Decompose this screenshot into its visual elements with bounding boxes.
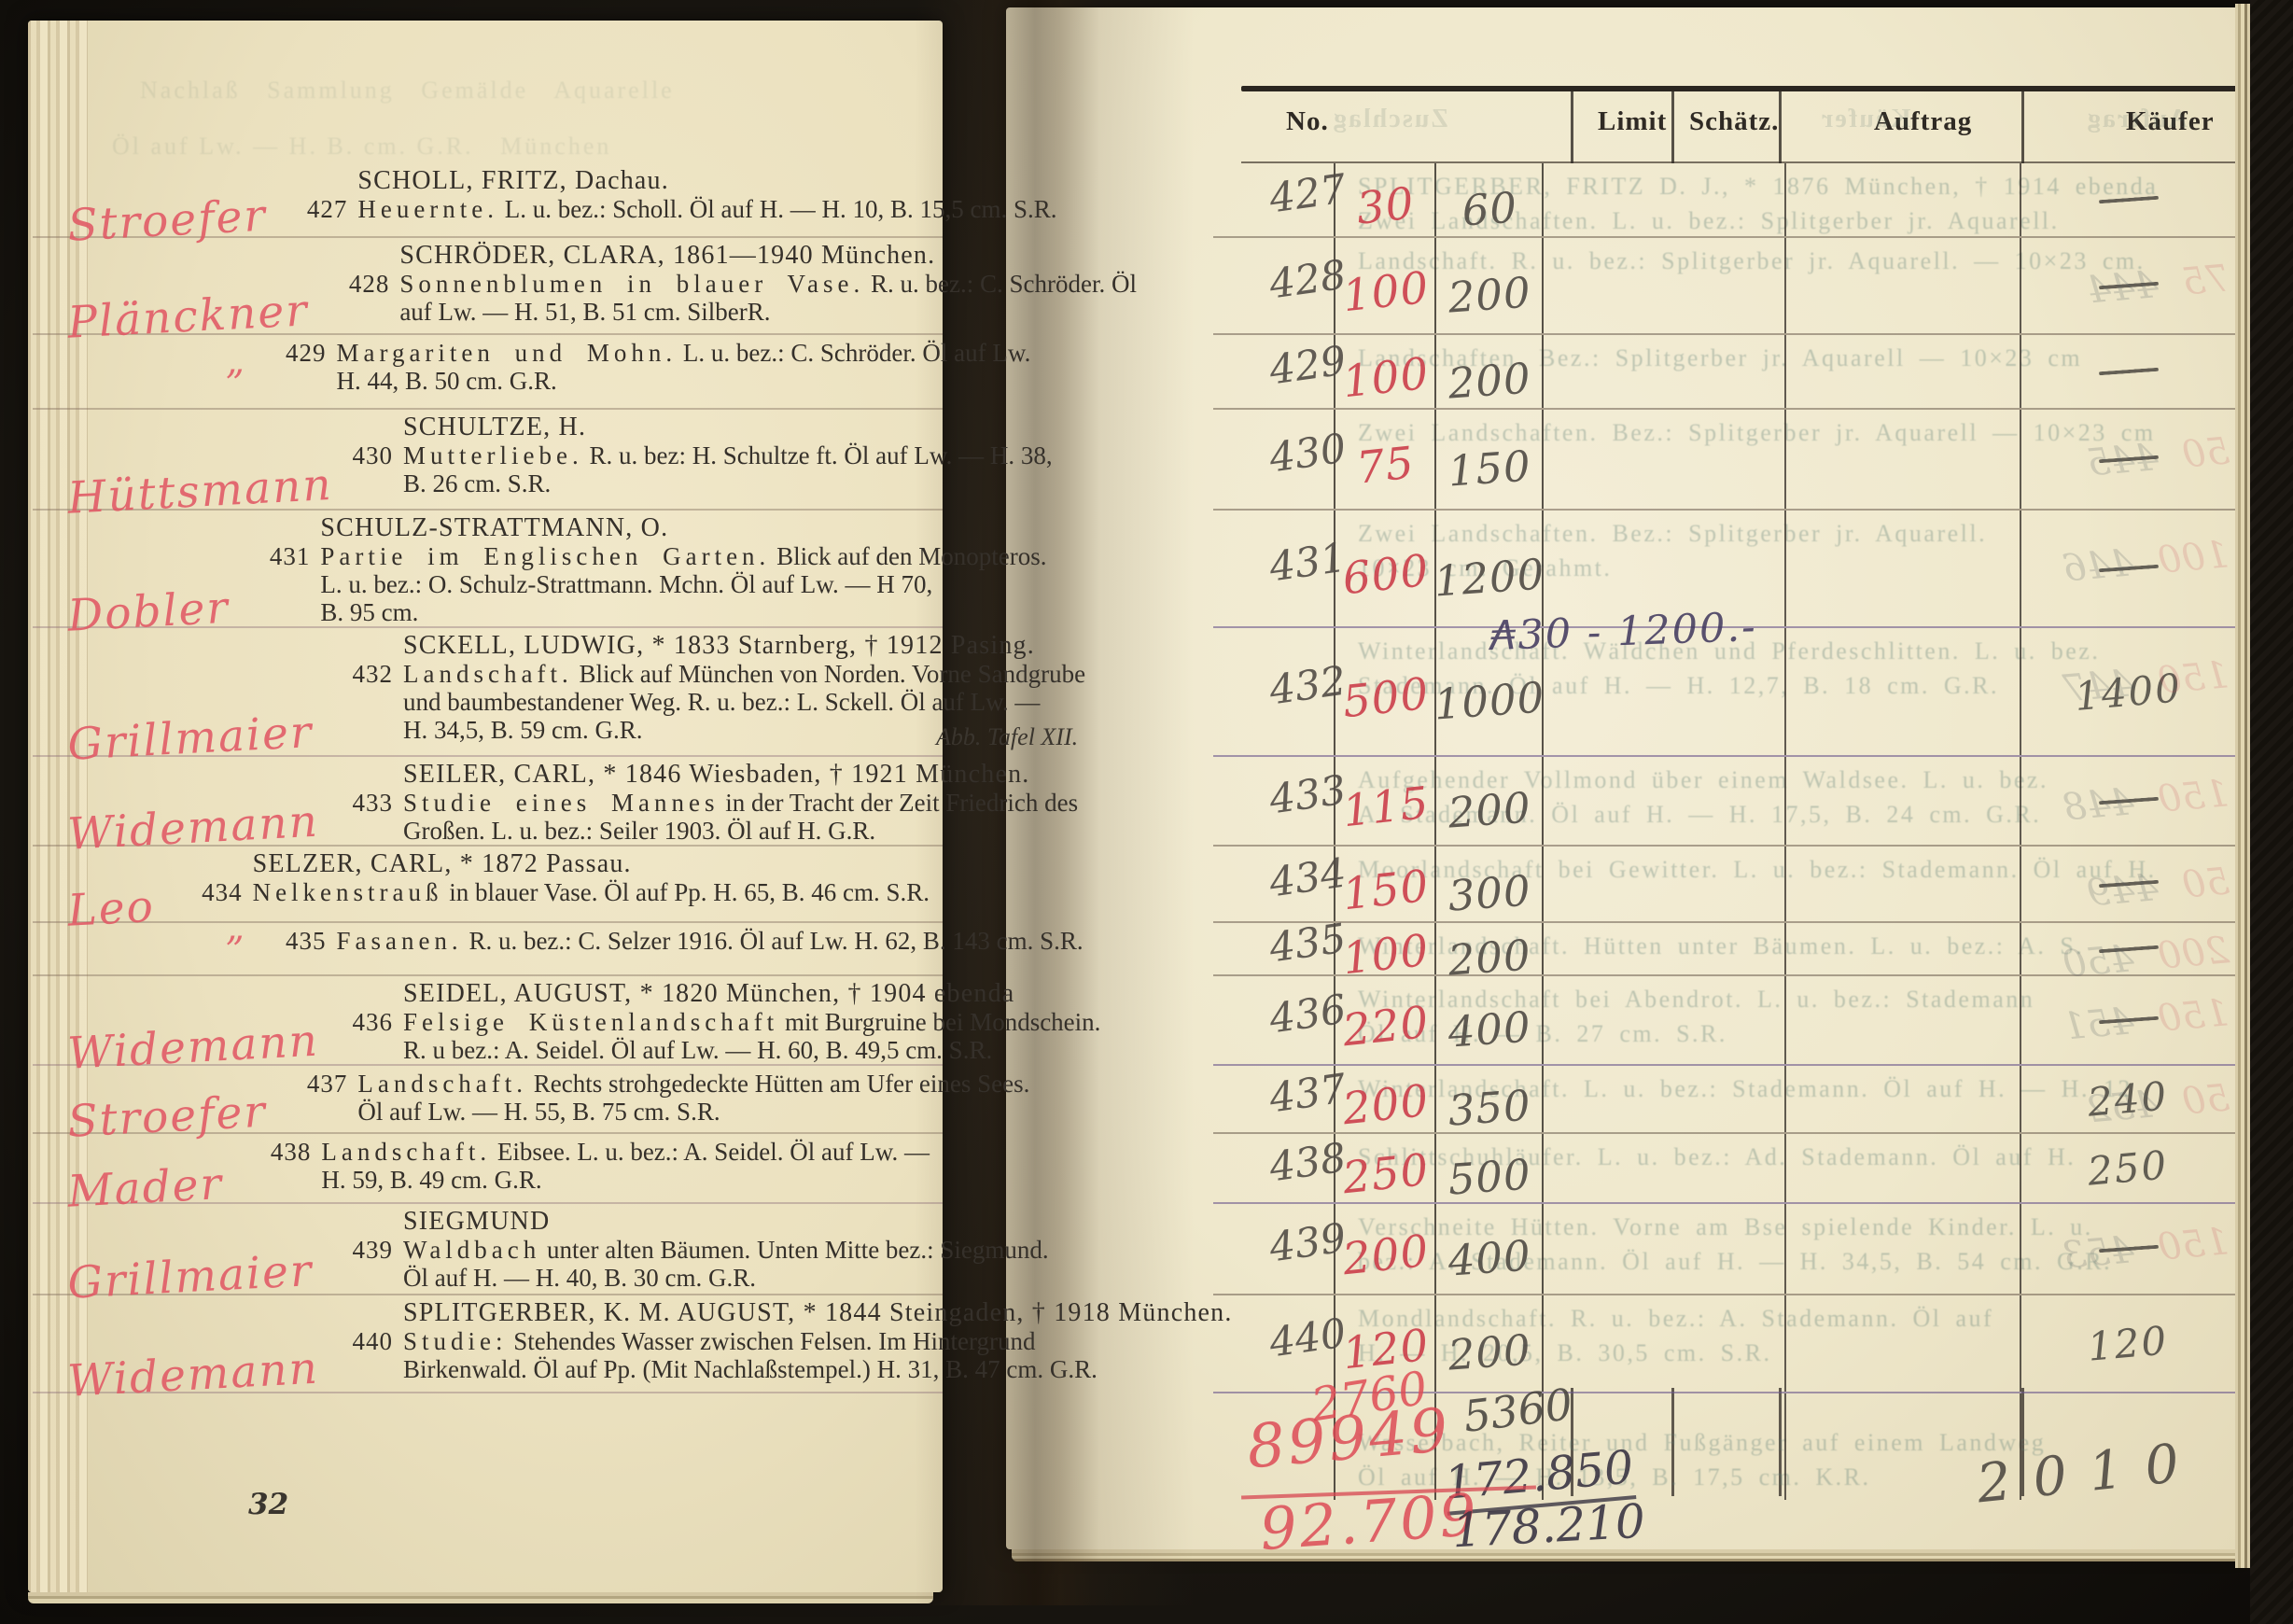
catalog-entry: WidemannSEILER, CARL, * 1846 Wiesbaden, … <box>33 757 943 847</box>
entry-first-line-rest: in der Tracht der Zeit Friedrich des <box>725 789 1078 817</box>
ledger-estimate-value: 200 <box>1436 1295 1544 1392</box>
catalog-ledger-row: GrillmaierSCKELL, LUDWIG, * 1833 Starnbe… <box>33 628 2235 757</box>
ledger-estimate-value-text: 400 <box>1447 1230 1532 1285</box>
catalog-entry: HüttsmannSCHULTZE, H.430Mutterliebe. R. … <box>33 410 943 511</box>
ledger-auftrag-cell <box>1544 1295 1786 1392</box>
ledger-limit-value-text: 500 <box>1340 667 1432 727</box>
ledger-zuschlag-cell: 250 <box>2021 1134 2235 1202</box>
artist-name-line: SEIDEL, AUGUST, * 1820 München, † 1904 e… <box>403 980 1100 1008</box>
entry-title: Fasanen. <box>336 927 462 955</box>
buyer-margin-name: Stroefer <box>66 190 268 252</box>
ledger-estimate-value-text: 200 <box>1447 353 1532 408</box>
ledger-auftrag-cell <box>1544 238 1786 333</box>
artist-name-line: SEILER, CARL, * 1846 Wiesbaden, † 1921 M… <box>403 761 1078 789</box>
ledger-kaufer-cell <box>1786 923 2021 974</box>
catalog-entry: Stroefer437Landschaft. Rechts strohgedec… <box>33 1066 943 1134</box>
zuschlag-dash-mark <box>2098 945 2158 952</box>
ledger-limit-value: 500 <box>1335 628 1436 755</box>
zuschlag-value: 250 <box>2086 1141 2170 1194</box>
zuschlag-dash-mark <box>2098 1016 2158 1024</box>
ledger-limit-value-text: 150 <box>1340 860 1432 919</box>
catalog-entry: WidemannSEIDEL, AUGUST, * 1820 München, … <box>33 976 943 1066</box>
buyer-margin-name: ” <box>68 930 245 973</box>
ghost-header-word: Zuschlag <box>1332 105 1448 134</box>
entry-title: Margariten und Mohn. <box>336 339 677 367</box>
lot-number: 432 <box>313 660 393 688</box>
entry-text-cell: SCKELL, LUDWIG, * 1833 Starnberg, † 1912… <box>313 628 1098 755</box>
ledger-zuschlag-cell <box>2021 163 2235 236</box>
bleed-through-smudge: Öl auf Lw. — H. B. cm. G.R. München <box>112 133 611 161</box>
ledger-auftrag-cell <box>1544 847 1786 921</box>
entry-first-line: 430Mutterliebe. R. u. bez: H. Schultze f… <box>403 441 1053 469</box>
entry-continuation-line: und baumbestandener Weg. R. u. bez.: L. … <box>403 688 1085 716</box>
entry-continuation-line: Großen. L. u. bez.: Seiler 1903. Öl auf … <box>403 817 1078 845</box>
ledger-auftrag-cell <box>1544 335 1786 408</box>
entry-first-line-rest: unter alten Bäumen. Unten Mitte bez.: Si… <box>547 1236 1049 1264</box>
ledger-limit-value: 120 <box>1335 1295 1436 1392</box>
ledger-limit-value-text: 220 <box>1340 996 1432 1056</box>
entry-text-cell: SCHRÖDER, CLARA, 1861—1940 München.428So… <box>309 238 1150 333</box>
totals-cell <box>1786 1393 2021 1500</box>
column-header-limit: Limit <box>1598 106 1667 137</box>
ghost-header-word: Käufer <box>1820 105 1911 134</box>
catalog-ledger-row: ”435Fasanen. R. u. bez.: C. Selzer 1916.… <box>33 923 2235 976</box>
ledger-row-cells: Schlittschuhläufer. L. u. bez.: Ad. Stad… <box>1213 1134 2235 1204</box>
ledger-estimate-value: 200 <box>1436 335 1544 408</box>
ledger-estimate-value: 200 <box>1436 923 1544 974</box>
gutter-gap <box>943 1134 1213 1204</box>
ledger-kaufer-cell <box>1786 238 2021 333</box>
zuschlag-dash-mark <box>2098 282 2158 289</box>
ledger-estimate-value: 200 <box>1436 238 1544 333</box>
ledger-row-cells: Moorlandschaft bei Gewitter. L. u. bez.:… <box>1213 847 2235 923</box>
ledger-estimate-value-text: 200 <box>1447 267 1532 322</box>
ledger-row-cells: Zwei Landschaften. Bez.: Splitgerber jr.… <box>1213 410 2235 511</box>
ledger-limit-value: 150 <box>1335 847 1436 921</box>
lot-number: 427 <box>267 195 347 223</box>
ledger-limit-value: 75 <box>1335 410 1436 509</box>
ledger-zuschlag-cell <box>2021 847 2235 921</box>
entry-first-line-rest: Blick auf den Monopteros. <box>776 542 1046 570</box>
zuschlag-dash-mark <box>2098 565 2158 572</box>
ledger-kaufer-cell <box>1786 628 2021 755</box>
ghost-header-word: Auftrag <box>2086 105 2188 134</box>
column-header-schatz: Schätz. <box>1689 106 1779 137</box>
gutter-gap <box>943 1393 1213 1500</box>
ledger-kaufer-cell <box>1786 757 2021 845</box>
totals-cell <box>1436 1393 1544 1500</box>
catalog-entry: ”429Margariten und Mohn. L. u. bez.: C. … <box>33 335 943 410</box>
margin-cell: Stroefer <box>33 163 267 236</box>
lot-number: 430 <box>313 441 393 469</box>
ledger-estimate-value: 400 <box>1436 976 1544 1064</box>
artist-name-line: SELZER, CARL, * 1872 Passau. <box>253 850 930 878</box>
ledger-lot-no: 438 <box>1213 1134 1335 1202</box>
lot-number: 437 <box>267 1070 347 1098</box>
ledger-lot-no: 435 <box>1213 923 1335 974</box>
ledger-lot-no: 430 <box>1213 410 1335 509</box>
ledger-kaufer-cell <box>1786 1134 2021 1202</box>
lot-number: 438 <box>231 1138 311 1166</box>
ledger-kaufer-cell <box>1786 1295 2021 1392</box>
ledger-lot-no: 436 <box>1213 976 1335 1064</box>
zuschlag-dash-mark <box>2098 368 2158 375</box>
entry-first-line-rest: mit Burgruine bei Mondschein. <box>785 1008 1100 1036</box>
ledger-kaufer-cell <box>1786 976 2021 1064</box>
entry-title: Studie: <box>403 1327 508 1355</box>
auction-ledger-photo: Nachlaß Sammlung Gemälde Aquarelle Öl au… <box>0 0 2293 1624</box>
entry-first-line-rest: Rechts strohgedeckte Hütten am Ufer eine… <box>534 1070 1030 1098</box>
plate-reference-note: Abb. Tafel XII. <box>936 723 1078 751</box>
catalog-entry: Mader438Landschaft. Eibsee. L. u. bez.: … <box>33 1134 943 1204</box>
gutter-gap <box>943 847 1213 923</box>
catalog-ledger-row: DoblerSCHULZ-STRATTMANN, O.431Partie im … <box>33 511 2235 628</box>
entry-continuation-line: R. u bez.: A. Seidel. Öl auf Lw. — H. 60… <box>403 1036 1100 1064</box>
ledger-estimate-value-text: 1200 <box>1433 549 1546 606</box>
ledger-lot-no: 431 <box>1213 511 1335 626</box>
ledger-kaufer-cell <box>1786 511 2021 626</box>
ledger-estimate-value-text: 1000 <box>1433 672 1546 729</box>
totals-cell <box>1335 1393 1436 1500</box>
ledger-estimate-value-text: 200 <box>1447 1324 1532 1379</box>
ledger-row-cells: Aufgehender Vollmond über einem Waldsee.… <box>1213 757 2235 847</box>
entry-title: Landschaft. <box>403 660 573 688</box>
ledger-row-cells: Mondlandschaft. R. u. bez.: A. Stademann… <box>1213 1295 2235 1393</box>
entry-continuation-line: auf Lw. — H. 51, B. 51 cm. SilberR. <box>399 298 1137 326</box>
entry-title: Partie im Englischen Garten. <box>320 542 770 570</box>
ledger-auftrag-cell <box>1544 923 1786 974</box>
entry-first-line-rest: L. u. bez.: C. Schröder. Öl auf Lw. <box>683 339 1030 367</box>
catalog-ledger-row: PläncknerSCHRÖDER, CLARA, 1861—1940 Münc… <box>33 238 2235 335</box>
zuschlag-value: 240 <box>2086 1072 2170 1125</box>
entry-text-cell: SEILER, CARL, * 1846 Wiesbaden, † 1921 M… <box>313 757 1091 845</box>
margin-cell: Plänckner <box>33 238 309 333</box>
ledger-limit-value: 600 <box>1335 511 1436 626</box>
catalog-entry: WidemannSPLITGERBER, K. M. AUGUST, * 184… <box>33 1295 943 1393</box>
ledger-row-cells: Verschneite Hütten. Vorne am Bse spielen… <box>1213 1204 2235 1295</box>
lot-number: 440 <box>313 1327 393 1355</box>
zuschlag-dash-mark <box>2098 196 2158 203</box>
ledger-zuschlag-cell: 1400 <box>2021 628 2235 755</box>
entry-title: Nelkenstrauß <box>253 878 443 906</box>
bleed-through-smudge: Nachlaß Sammlung Gemälde Aquarelle <box>140 77 675 105</box>
ledger-row-cells: SPLITGERBER, FRITZ D. J., * 1876 München… <box>1213 163 2235 238</box>
entry-first-line-rest: R. u. bez.: C. Selzer 1916. Öl auf Lw. H… <box>468 927 1083 955</box>
ledger-auftrag-cell <box>1544 1204 1786 1294</box>
ledger-limit-value: 250 <box>1335 1134 1436 1202</box>
ledger-estimate-value: 300 <box>1436 847 1544 921</box>
entry-title: Studie eines Mannes <box>403 789 719 817</box>
ledger-lot-no: 440 <box>1213 1295 1335 1392</box>
ledger-limit-value-text: 200 <box>1340 1225 1432 1284</box>
ledger-lot-no: 428 <box>1213 238 1335 333</box>
artist-name-line: SCHULTZE, H. <box>403 413 1053 441</box>
ledger-estimate-value: 200 <box>1436 757 1544 845</box>
ledger-limit-value-text: 100 <box>1340 347 1432 407</box>
artist-name-line: SIEGMUND <box>403 1208 1049 1236</box>
margin-cell: Grillmaier <box>33 1204 313 1294</box>
ledger-lot-no: 429 <box>1213 335 1335 408</box>
lot-number: 429 <box>245 339 326 367</box>
entry-continuation-line: L. u. bez.: O. Schulz-Strattmann. Mchn. … <box>320 570 1046 598</box>
totals-cell <box>1213 1393 1335 1500</box>
column-divider <box>1571 91 1573 163</box>
entry-title: Waldbach <box>403 1236 540 1264</box>
ledger-auftrag-cell <box>1544 410 1786 509</box>
entry-first-line: 438Landschaft. Eibsee. L. u. bez.: A. Se… <box>321 1138 930 1166</box>
ledger-limit-value-text: 115 <box>1340 777 1432 836</box>
entry-first-line-rest: in blauer Vase. Öl auf Pp. H. 65, B. 46 … <box>449 878 930 906</box>
entry-first-line: 439Waldbach unter alten Bäumen. Unten Mi… <box>403 1236 1049 1264</box>
lot-number: 435 <box>245 927 326 955</box>
ledger-estimate-value: 500 <box>1436 1134 1544 1202</box>
artist-name-line: SCKELL, LUDWIG, * 1833 Starnberg, † 1912… <box>403 632 1085 660</box>
ledger-limit-value-text: 200 <box>1340 1075 1432 1135</box>
entry-first-line: 431Partie im Englischen Garten. Blick au… <box>320 542 1046 570</box>
ledger-estimate-value: 150 <box>1436 410 1544 509</box>
entry-first-line-rest: R. u. bez: H. Schultze ft. Öl auf Lw. — … <box>589 441 1052 469</box>
margin-cell: ” <box>33 335 245 408</box>
ledger-limit-value-text: 600 <box>1340 544 1432 604</box>
lot-number: 433 <box>313 789 393 817</box>
ledger-limit-value-text: 30 <box>1354 177 1417 234</box>
entry-text-cell: SPLITGERBER, K. M. AUGUST, * 1844 Steing… <box>313 1295 1246 1392</box>
entry-first-line: 428Sonnenblumen in blauer Vase. R. u. be… <box>399 270 1137 298</box>
ledger-estimate-value: 1000 <box>1436 628 1544 755</box>
ledger-estimate-value-text: 150 <box>1447 441 1532 496</box>
entry-continuation-line: Birkenwald. Öl auf Pp. (Mit Nachlaßstemp… <box>403 1355 1233 1383</box>
ledger-estimate-value: 400 <box>1436 1204 1544 1294</box>
ledger-auftrag-cell <box>1544 757 1786 845</box>
ledger-estimate-value: 350 <box>1436 1066 1544 1132</box>
catalog-entry: GrillmaierSCKELL, LUDWIG, * 1833 Starnbe… <box>33 628 943 757</box>
ledger-limit-value: 100 <box>1335 238 1436 333</box>
ledger-auftrag-cell <box>1544 628 1786 755</box>
ledger-row-cells: Landschaften. Bez.: Splitgerber jr. Aqua… <box>1213 335 2235 410</box>
ledger-kaufer-cell <box>1786 1204 2021 1294</box>
ledger-auftrag-cell <box>1544 976 1786 1064</box>
catalog-ledger-row: WidemannSEIDEL, AUGUST, * 1820 München, … <box>33 976 2235 1066</box>
ledger-estimate-value-text: 300 <box>1447 865 1532 920</box>
ledger-row-cells: Winterlandschaft. L. u. bez.: Stademann.… <box>1213 1066 2235 1134</box>
catalog-entry: LeoSELZER, CARL, * 1872 Passau.434Nelken… <box>33 847 943 923</box>
entry-text-cell: SELZER, CARL, * 1872 Passau.434Nelkenstr… <box>162 847 943 921</box>
ledger-limit-value: 200 <box>1335 1204 1436 1294</box>
ledger-zuschlag-cell <box>2021 1204 2235 1294</box>
ledger-kaufer-cell <box>1786 847 2021 921</box>
ledger-limit-value-text: 75 <box>1354 437 1417 494</box>
ledger-limit-value-text: 100 <box>1340 261 1432 321</box>
entry-text-cell: SCHOLL, FRITZ, Dachau.427Heuernte. L. u.… <box>267 163 1070 236</box>
entry-title: Sonnenblumen in blauer Vase. <box>399 270 864 298</box>
ledger-row-cells: Winterlandschaft. Wäldchen und Pferdesch… <box>1213 628 2235 757</box>
catalog-ledger-row: WidemannSEILER, CARL, * 1846 Wiesbaden, … <box>33 757 2235 847</box>
lot-number: 434 <box>162 878 243 906</box>
ledger-lot-no: 437 <box>1213 1066 1335 1132</box>
ledger-limit-value: 100 <box>1335 923 1436 974</box>
totals-ledger-cells: Wasserbach, Reiter und Fußgänger auf ein… <box>1213 1393 2235 1500</box>
entry-text-cell: 437Landschaft. Rechts strohgedeckte Hütt… <box>267 1066 1042 1132</box>
entry-text-cell: SEIDEL, AUGUST, * 1820 München, † 1904 e… <box>313 976 1113 1064</box>
ledger-estimate-value-text: 350 <box>1447 1080 1532 1135</box>
ledger-limit-value: 200 <box>1335 1066 1436 1132</box>
zuschlag-dash-mark <box>2098 1245 2158 1253</box>
entry-first-line: 434Nelkenstrauß in blauer Vase. Öl auf P… <box>253 878 930 906</box>
ledger-zuschlag-cell: 240 <box>2021 1066 2235 1132</box>
entry-first-line: 435Fasanen. R. u. bez.: C. Selzer 1916. … <box>336 927 1083 955</box>
ledger-lot-no: 433 <box>1213 757 1335 845</box>
ledger-row-cells: Winterlandschaft. Hütten unter Bäumen. L… <box>1213 923 2235 976</box>
ledger-estimate-value-text: 200 <box>1447 782 1532 837</box>
ledger-zuschlag-cell <box>2021 923 2235 974</box>
catalog-entry: GrillmaierSIEGMUND439Waldbach unter alte… <box>33 1204 943 1295</box>
ledger-kaufer-cell <box>1786 1066 2021 1132</box>
catalog-ledger-row: WidemannSPLITGERBER, K. M. AUGUST, * 184… <box>33 1295 2235 1393</box>
entry-first-line-rest: Eibsee. L. u. bez.: A. Seidel. Öl auf Lw… <box>497 1138 930 1166</box>
artist-name-line: SCHRÖDER, CLARA, 1861—1940 München. <box>399 242 1137 270</box>
entry-first-line-rest: R. u. bez.: C. Schröder. Öl <box>871 270 1137 298</box>
zuschlag-dash-mark <box>2098 880 2158 888</box>
ledger-lot-no: 434 <box>1213 847 1335 921</box>
catalog-entry: PläncknerSCHRÖDER, CLARA, 1861—1940 Münc… <box>33 238 943 335</box>
lot-number: 436 <box>313 1008 393 1036</box>
totals-left-blank <box>33 1393 943 1500</box>
catalog-entry: ”435Fasanen. R. u. bez.: C. Selzer 1916.… <box>33 923 943 976</box>
entry-text-cell: SIEGMUND439Waldbach unter alten Bäumen. … <box>313 1204 1062 1294</box>
ledger-zuschlag-cell <box>2021 335 2235 408</box>
entry-first-line: 432Landschaft. Blick auf München von Nor… <box>403 660 1085 688</box>
margin-cell: Dobler <box>33 511 230 626</box>
ledger-zuschlag-cell <box>2021 757 2235 845</box>
artist-name-line: SCHULZ-STRATTMANN, O. <box>320 514 1046 542</box>
zuschlag-dash-mark <box>2098 455 2158 463</box>
lot-number: 428 <box>309 270 389 298</box>
margin-cell: Widemann <box>33 976 313 1064</box>
zuschlag-value: 120 <box>2086 1317 2170 1369</box>
artist-name-line: SPLITGERBER, K. M. AUGUST, * 1844 Steing… <box>403 1299 1233 1327</box>
ledger-rows: StroeferSCHOLL, FRITZ, Dachau.427Heuernt… <box>33 163 2235 1500</box>
column-divider <box>1671 91 1674 163</box>
ledger-kaufer-cell <box>1786 410 2021 509</box>
ledger-zuschlag-cell <box>2021 511 2235 626</box>
entry-text-cell: 438Landschaft. Eibsee. L. u. bez.: A. Se… <box>231 1134 943 1202</box>
entry-first-line-rest: Stehendes Wasser zwischen Felsen. Im Hin… <box>513 1327 1035 1355</box>
lot-number: 439 <box>313 1236 393 1264</box>
zuschlag-dash-mark <box>2098 797 2158 805</box>
buyer-margin-name: Leo <box>66 881 156 937</box>
catalog-entry: DoblerSCHULZ-STRATTMANN, O.431Partie im … <box>33 511 943 628</box>
entry-title: Landschaft. <box>357 1070 527 1098</box>
entry-first-line: 429Margariten und Mohn. L. u. bez.: C. S… <box>336 339 1030 367</box>
ledger-limit-value-text: 250 <box>1340 1144 1432 1204</box>
catalog-ledger-row: Mader438Landschaft. Eibsee. L. u. bez.: … <box>33 1134 2235 1204</box>
catalog-ledger-row: StroeferSCHOLL, FRITZ, Dachau.427Heuernt… <box>33 163 2235 238</box>
ledger-auftrag-cell <box>1544 163 1786 236</box>
ledger-auftrag-cell <box>1544 1066 1786 1132</box>
ledger-zuschlag-cell <box>2021 976 2235 1064</box>
margin-cell: Widemann <box>33 1295 313 1392</box>
catalog-ledger-row: Stroefer437Landschaft. Rechts strohgedec… <box>33 1066 2235 1134</box>
table-top-rule <box>1241 86 2268 91</box>
totals-row: Wasserbach, Reiter und Fußgänger auf ein… <box>33 1393 2235 1500</box>
ledger-limit-value: 115 <box>1335 757 1436 845</box>
entry-continuation-line: B. 26 cm. S.R. <box>403 469 1053 497</box>
lot-number: 431 <box>230 542 310 570</box>
entry-title: Landschaft. <box>321 1138 491 1166</box>
buyer-margin-name: Dobler <box>66 582 231 642</box>
entry-continuation-line: B. 95 cm. <box>320 598 1046 626</box>
entry-text-cell: SCHULZ-STRATTMANN, O.431Partie im Englis… <box>230 511 1059 626</box>
entry-continuation-line: H. 59, B. 49 cm. G.R. <box>321 1166 930 1194</box>
ledger-row-cells: Winterlandschaft bei Abendrot. L. u. bez… <box>1213 976 2235 1066</box>
totals-cell <box>2021 1393 2235 1500</box>
ledger-auftrag-cell <box>1544 511 1786 626</box>
ledger-row-cells: Landschaft. R. u. bez.: Splitgerber jr. … <box>1213 238 2235 335</box>
book-cover-edge <box>2250 0 2293 1624</box>
ledger-estimate-value-text: 500 <box>1447 1149 1532 1204</box>
ledger-estimate-value: 60 <box>1436 163 1544 236</box>
entry-text-cell: 429Margariten und Mohn. L. u. bez.: C. S… <box>245 335 1043 408</box>
entry-title: Felsige Küstenlandschaft <box>403 1008 778 1036</box>
entry-continuation-line: Öl auf H. — H. 40, B. 30 cm. G.R. <box>403 1264 1049 1292</box>
entry-continuation-line: Öl auf Lw. — H. 55, B. 75 cm. S.R. <box>357 1098 1029 1126</box>
catalog-entry: StroeferSCHOLL, FRITZ, Dachau.427Heuernt… <box>33 163 943 238</box>
catalog-ledger-row: LeoSELZER, CARL, * 1872 Passau.434Nelken… <box>33 847 2235 923</box>
entry-first-line: 433Studie eines Mannes in der Tracht der… <box>403 789 1078 817</box>
entry-first-line-rest: L. u. bez.: Scholl. Öl auf H. — H. 10, B… <box>505 195 1057 223</box>
column-header-no: No. <box>1286 106 1329 137</box>
margin-cell: Grillmaier <box>33 628 313 755</box>
ledger-kaufer-cell <box>1786 335 2021 408</box>
catalog-ledger-row: GrillmaierSIEGMUND439Waldbach unter alte… <box>33 1204 2235 1295</box>
margin-cell: Hüttsmann <box>33 410 313 509</box>
entry-first-line: 436Felsige Küstenlandschaft mit Burgruin… <box>403 1008 1100 1036</box>
buyer-margin-name: ” <box>68 363 245 406</box>
totals-cell <box>1544 1393 1786 1500</box>
entry-text-cell: SCHULTZE, H.430Mutterliebe. R. u. bez: H… <box>313 410 1066 509</box>
ledger-estimate-value: 1200 <box>1436 511 1544 626</box>
ledger-estimate-value-text: 400 <box>1447 1001 1532 1057</box>
ledger-lot-no: 439 <box>1213 1204 1335 1294</box>
entry-text-cell: 435Fasanen. R. u. bez.: C. Selzer 1916. … <box>245 923 1096 974</box>
ledger-limit-value: 100 <box>1335 335 1436 408</box>
ledger-lot-no: 432 <box>1213 628 1335 755</box>
ledger-zuschlag-cell: 120 <box>2021 1295 2235 1392</box>
catalog-ledger-row: ”429Margariten und Mohn. L. u. bez.: C. … <box>33 335 2235 410</box>
artist-name-line: SCHOLL, FRITZ, Dachau. <box>357 167 1056 195</box>
entry-first-line: 427Heuernte. L. u. bez.: Scholl. Öl auf … <box>357 195 1056 223</box>
ledger-estimate-value-text: 60 <box>1461 182 1519 235</box>
ledger-zuschlag-cell <box>2021 238 2235 333</box>
ledger-limit-value: 220 <box>1335 976 1436 1064</box>
ledger-limit-value: 30 <box>1335 163 1436 236</box>
column-divider <box>2021 91 2024 163</box>
ledger-lot-no: 427 <box>1213 163 1335 236</box>
catalog-ledger-row: HüttsmannSCHULTZE, H.430Mutterliebe. R. … <box>33 410 2235 511</box>
ledger-row-cells: Zwei Landschaften. Bez.: Splitgerber jr.… <box>1213 511 2235 628</box>
margin-cell: Stroefer <box>33 1066 267 1132</box>
entry-first-line-rest: Blick auf München von Norden. Vorne Sand… <box>579 660 1085 688</box>
ledger-limit-value-text: 120 <box>1340 1320 1432 1379</box>
zuschlag-value: 1400 <box>2073 665 2184 720</box>
buyer-margin-name: Mader <box>66 1158 224 1218</box>
ledger-auftrag-cell <box>1544 1134 1786 1202</box>
entry-title: Heuernte. <box>357 195 498 223</box>
entry-first-line: 437Landschaft. Rechts strohgedeckte Hütt… <box>357 1070 1029 1098</box>
ledger-kaufer-cell <box>1786 163 2021 236</box>
ledger-zuschlag-cell <box>2021 410 2235 509</box>
entry-title: Mutterliebe. <box>403 441 583 469</box>
